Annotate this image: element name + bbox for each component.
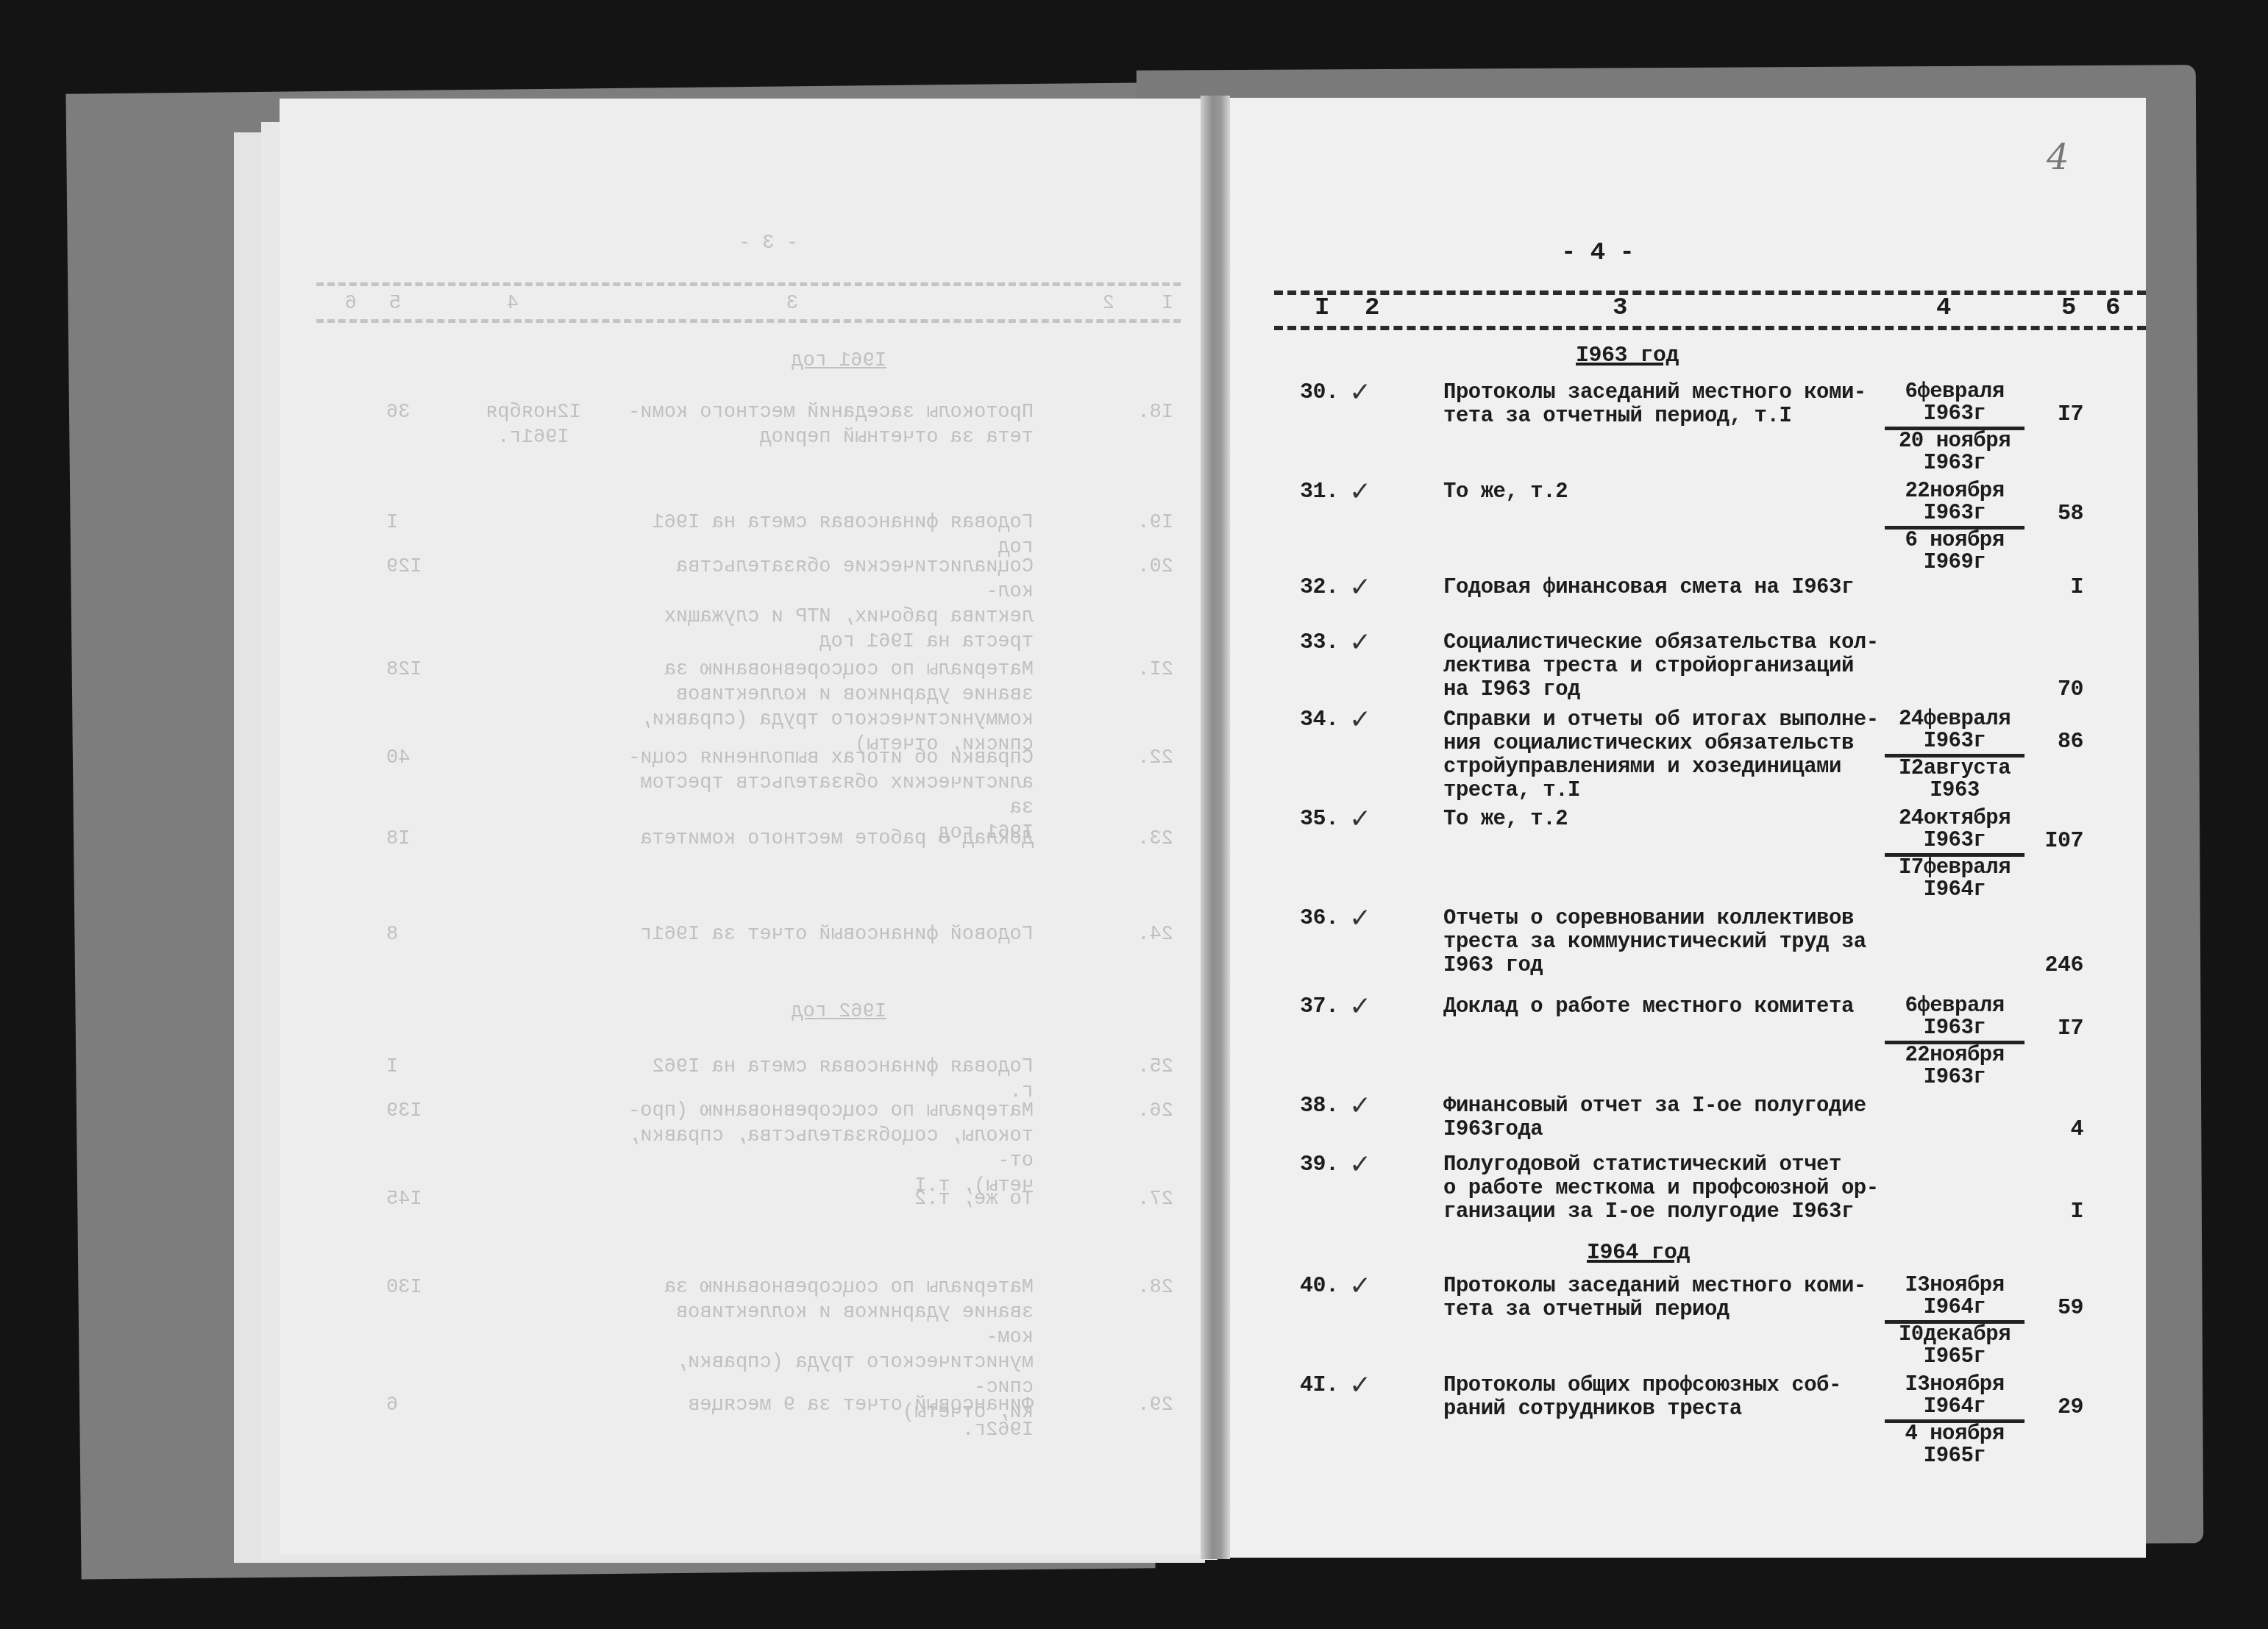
ghost-year-heading: I961 год — [791, 349, 886, 374]
item-page-count: 246 — [2025, 954, 2083, 977]
checkmark-icon: ✓ — [1349, 708, 1371, 732]
checkmark-icon: ✓ — [1349, 995, 1371, 1019]
ghost-pages: I — [386, 510, 438, 535]
date-end: I2августа I963 — [1885, 754, 2025, 802]
section-year-heading: I964 год — [1587, 1241, 1690, 1265]
item-title: Полугодовой статистический отчет о работ… — [1443, 1153, 1899, 1224]
item-number: 39. — [1300, 1153, 1339, 1177]
ghost-num: 22. — [1137, 746, 1173, 771]
ghost-col-2: 2 — [1103, 291, 1115, 316]
item-dates: 24октября I963гI7февраля I964г — [1885, 808, 2025, 902]
item-page-count: 59 — [2025, 1297, 2083, 1320]
ghost-num: 24. — [1137, 922, 1173, 947]
ghost-pages: 6 — [386, 1393, 438, 1418]
item-number: 34. — [1300, 708, 1339, 732]
ghost-num: 25. — [1137, 1055, 1173, 1080]
item-number: 32. — [1300, 576, 1339, 599]
ghost-title: Годовая финансовая смета на I962 г. — [622, 1055, 1034, 1105]
ghost-dash-line — [316, 282, 1181, 286]
book-gutter — [1201, 96, 1230, 1559]
ghost-title: То же, т.2 — [622, 1187, 1034, 1212]
column-header-3: 3 — [1613, 296, 1627, 320]
ghost-col-5: 5 — [389, 291, 401, 316]
date-start: 6февраля I963г — [1905, 994, 2004, 1040]
ghost-pages: I28 — [386, 657, 438, 682]
date-end: 22ноября I963г — [1885, 1041, 2025, 1088]
column-header-1: I — [1315, 296, 1329, 320]
ghost-year-heading: I962 год — [791, 999, 886, 1024]
date-start: 24октября I963г — [1899, 806, 2011, 852]
checkmark-icon: ✓ — [1349, 1094, 1371, 1118]
ghost-title: Финансовый отчет за 9 месяцев I962г. — [622, 1393, 1034, 1443]
checkmark-icon: ✓ — [1349, 576, 1371, 599]
date-start: 24февраля I963г — [1899, 707, 2011, 753]
ghost-num: 2I. — [1137, 657, 1173, 682]
item-page-count: I07 — [2025, 830, 2083, 853]
date-end: 4 ноября I965г — [1885, 1419, 2025, 1467]
ghost-pages: 36 — [386, 400, 438, 425]
date-start: I3ноября I964г — [1905, 1372, 2004, 1419]
item-number: 36. — [1300, 907, 1339, 930]
item-title: Отчеты о соревновании коллективов треста… — [1443, 907, 1899, 977]
ghost-date: I2ноября I961г. — [474, 400, 592, 450]
item-title: То же, т.2 — [1443, 480, 1899, 504]
item-page-count: I — [2025, 1200, 2083, 1224]
column-header-6: 6 — [2105, 296, 2120, 320]
ghost-col-3: 3 — [786, 291, 798, 316]
item-page-count: I — [2025, 576, 2083, 599]
ghost-pages: I — [386, 1055, 438, 1080]
ghost-pages: I39 — [386, 1099, 438, 1124]
ghost-title: Социалистические обязательства кол- лект… — [622, 555, 1034, 655]
date-end: 20 ноября I963г — [1885, 427, 2025, 474]
item-number: 31. — [1300, 480, 1339, 504]
item-title: Социалистические обязательства кол- лект… — [1443, 631, 1899, 702]
ghost-num: 23. — [1137, 827, 1173, 852]
item-number: 4I. — [1300, 1374, 1339, 1397]
ghost-title: Годовая финансовая смета на I961 год — [622, 510, 1034, 560]
item-page-count: 86 — [2025, 730, 2083, 754]
ghost-pages: I8 — [386, 827, 438, 852]
date-end: 6 ноября I969г — [1885, 526, 2025, 574]
table-header-rule — [1274, 326, 2146, 330]
handwritten-page-number: 4 — [2047, 146, 2069, 169]
date-start: 22ноября I963г — [1905, 479, 2004, 525]
ghost-pages: I45 — [386, 1187, 438, 1212]
left-page-showthrough: - 3 - I 2 3 4 5 6 I961 год I8.Протоколы … — [280, 99, 1210, 1555]
column-header-4: 4 — [1936, 296, 1951, 320]
ghost-title: Материалы по соцсоревнованию за звание у… — [622, 657, 1034, 758]
item-dates: I3ноября I964гI0декабря I965г — [1885, 1275, 2025, 1369]
item-title: Годовая финансовая смета на I963г — [1443, 576, 1899, 599]
item-title: Финансовый отчет за I-ое полугодие I963г… — [1443, 1094, 1899, 1141]
ghost-num: 20. — [1137, 555, 1173, 580]
ghost-pages: 8 — [386, 922, 438, 947]
ghost-page-number: - 3 - — [739, 231, 798, 256]
date-start: I3ноября I964г — [1905, 1273, 2004, 1319]
item-page-count: 4 — [2025, 1118, 2083, 1141]
item-number: 37. — [1300, 995, 1339, 1019]
ghost-title: Материалы по соцсоревнованию (про- токол… — [622, 1099, 1034, 1199]
ghost-num: 28. — [1137, 1275, 1173, 1300]
item-page-count: I7 — [2025, 1017, 2083, 1041]
item-dates: 22ноября I963г6 ноября I969г — [1885, 480, 2025, 575]
table-top-rule — [1274, 290, 2146, 295]
ghost-num: 27. — [1137, 1187, 1173, 1212]
ghost-col-6: 6 — [345, 291, 357, 316]
ghost-num: I9. — [1137, 510, 1173, 535]
ghost-col-4: 4 — [507, 291, 519, 316]
item-title: Доклад о работе местного комитета — [1443, 995, 1899, 1019]
item-number: 38. — [1300, 1094, 1339, 1118]
ghost-col-1: I — [1162, 291, 1173, 316]
item-page-count: 29 — [2025, 1396, 2083, 1419]
checkmark-icon: ✓ — [1349, 1275, 1371, 1298]
item-title: То же, т.2 — [1443, 808, 1899, 831]
item-dates: 6февраля I963г22ноября I963г — [1885, 995, 2025, 1090]
item-number: 30. — [1300, 381, 1339, 404]
column-header-2: 2 — [1365, 296, 1379, 320]
ghost-title: Доклад о работе местного комитета — [622, 827, 1034, 852]
checkmark-icon: ✓ — [1349, 480, 1371, 504]
item-title: Протоколы заседаний местного коми- тета … — [1443, 1275, 1899, 1322]
ghost-dash-line — [316, 319, 1181, 323]
checkmark-icon: ✓ — [1349, 1374, 1371, 1397]
item-number: 33. — [1300, 631, 1339, 655]
date-end: I0декабря I965г — [1885, 1320, 2025, 1368]
checkmark-icon: ✓ — [1349, 381, 1371, 404]
ghost-pages: 40 — [386, 746, 438, 771]
item-page-count: I7 — [2025, 403, 2083, 427]
ghost-title: Протоколы заседаний местного коми- тета … — [622, 400, 1034, 450]
checkmark-icon: ✓ — [1349, 808, 1371, 831]
ghost-num: I8. — [1137, 400, 1173, 425]
checkmark-icon: ✓ — [1349, 1153, 1371, 1177]
column-header-5: 5 — [2061, 296, 2076, 320]
item-page-count: 58 — [2025, 502, 2083, 526]
date-start: 6февраля I963г — [1905, 379, 2004, 426]
ghost-num: 26. — [1137, 1099, 1173, 1124]
ghost-num: 29. — [1137, 1393, 1173, 1418]
checkmark-icon: ✓ — [1349, 631, 1371, 655]
checkmark-icon: ✓ — [1349, 907, 1371, 930]
item-title: Протоколы общих профсоюзных соб- раний с… — [1443, 1374, 1899, 1421]
page-number: - 4 - — [1561, 241, 1635, 265]
section-year-heading: I963 год — [1576, 344, 1679, 368]
ghost-pages: I29 — [386, 555, 438, 580]
item-dates: I3ноября I964г4 ноября I965г — [1885, 1374, 2025, 1469]
date-end: I7февраля I964г — [1885, 853, 2025, 901]
item-page-count: 70 — [2025, 678, 2083, 702]
item-title: Справки и отчеты об итогах выполне- ния … — [1443, 708, 1899, 802]
ghost-pages: I30 — [386, 1275, 438, 1300]
item-title: Протоколы заседаний местного коми- тета … — [1443, 381, 1899, 428]
left-page: - 3 - I 2 3 4 5 6 I961 год I8.Протоколы … — [280, 99, 1210, 1555]
item-number: 40. — [1300, 1275, 1339, 1298]
ghost-title: Годовой финансовый отчет за I961г — [622, 922, 1034, 947]
item-dates: 24февраля I963гI2августа I963 — [1885, 708, 2025, 803]
item-number: 35. — [1300, 808, 1339, 831]
item-dates: 6февраля I963г20 ноября I963г — [1885, 381, 2025, 476]
right-page: 4 - 4 - I 2 3 4 5 6 I963 год I964 год 30… — [1230, 98, 2146, 1558]
